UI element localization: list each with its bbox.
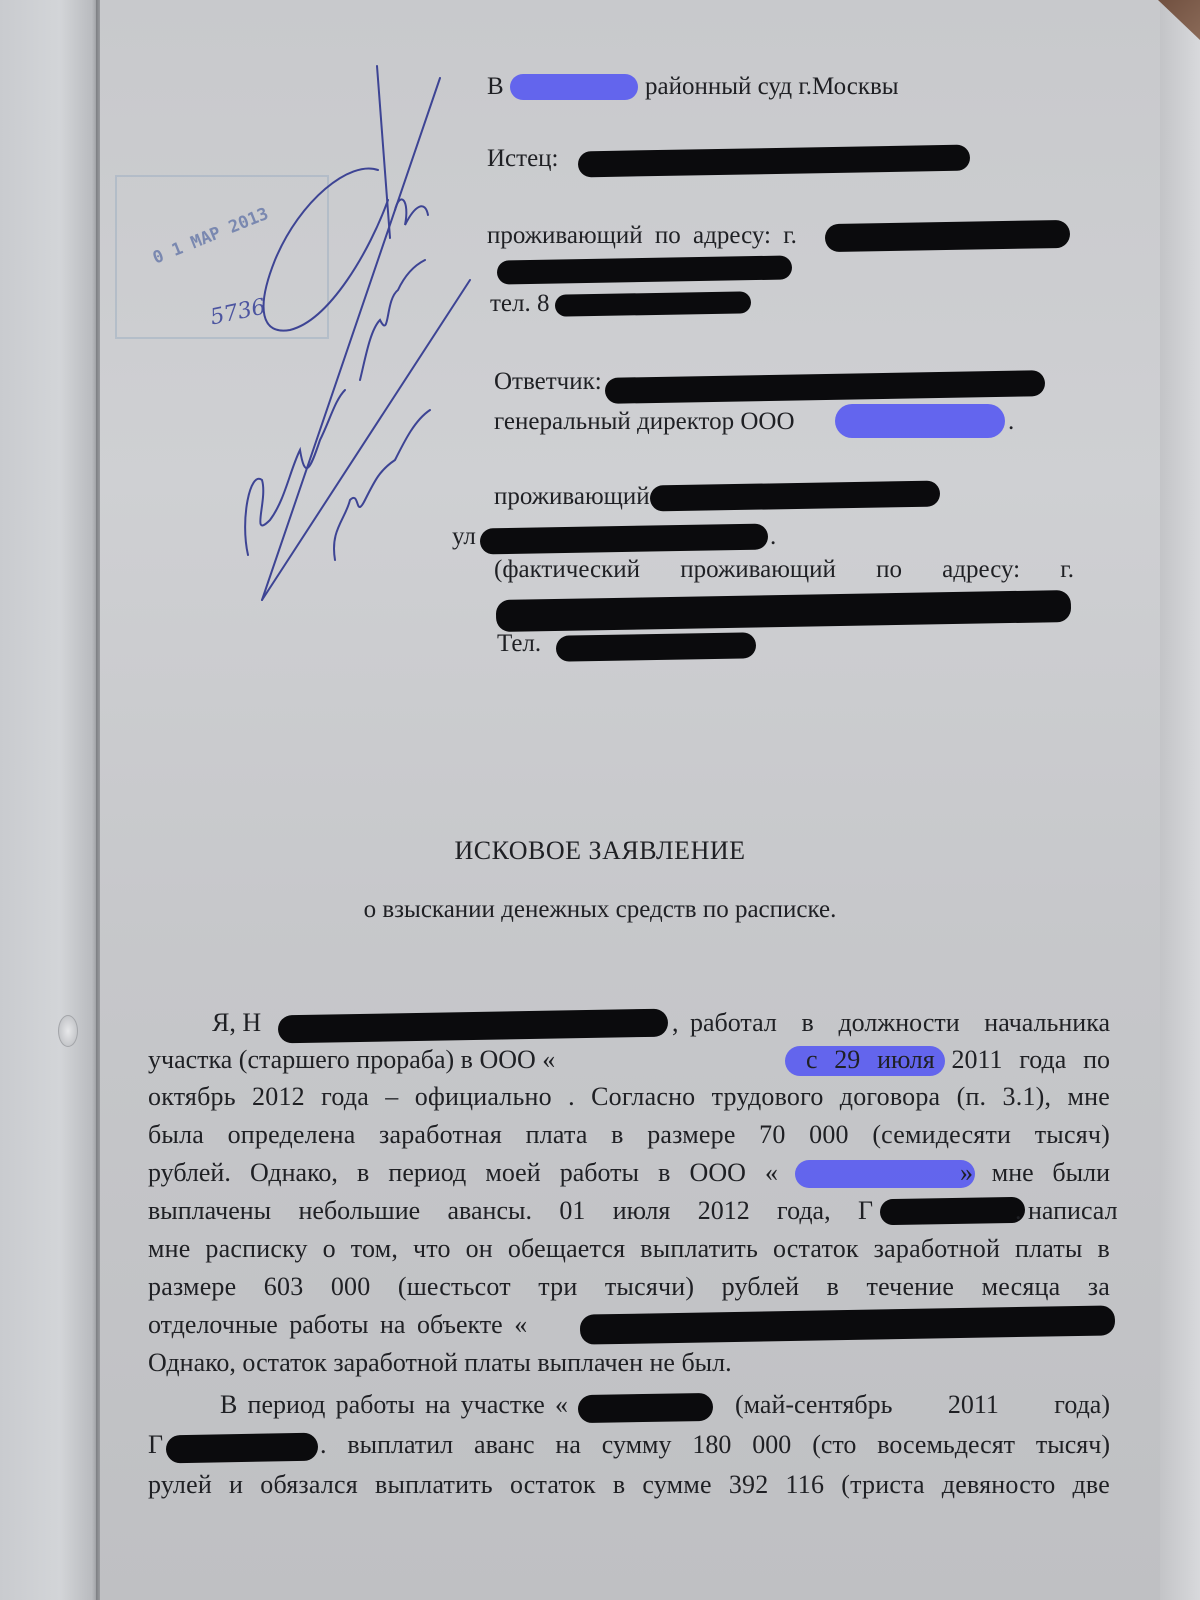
body-first-comma: , <box>672 1008 679 1038</box>
court-name: районный суд г.Москвы <box>645 73 899 101</box>
defendant-street-end: . <box>770 523 776 551</box>
body-line-6b: . написал <box>1015 1196 1110 1226</box>
body-line-8: размере 603 000 (шестьсот три тысячи) ру… <box>148 1272 1110 1302</box>
redaction-plaintiff-address-2 <box>497 255 792 284</box>
body-line-4: была определена заработная плата в разме… <box>148 1120 1110 1150</box>
redaction-plaintiff-phone <box>555 291 751 316</box>
document-subtitle: о взыскании денежных средств по расписке… <box>0 896 1200 924</box>
body-line-1: работал в должности начальника <box>690 1008 1110 1038</box>
body-line-2a: участка (старшего прораба) в ООО « <box>148 1045 555 1075</box>
plaintiff-address-label: проживающий по адресу: г. <box>487 222 797 250</box>
redaction-court-name <box>510 74 638 100</box>
body-line-13: рулей и обязался выплатить остаток в сум… <box>148 1470 1110 1500</box>
body-first-prefix: Я, Н <box>212 1008 261 1038</box>
defendant-phone-label: Тел. <box>497 630 541 658</box>
redaction-defendant-street <box>480 523 768 554</box>
body-line-5b: » мне были <box>960 1158 1110 1188</box>
body-line-12a: Г <box>148 1430 163 1460</box>
body-line-11b: (май-сентябрь 2011 года) <box>735 1390 1110 1420</box>
body-line-11a: В период работы на участке « <box>220 1390 568 1420</box>
defendant-actual-address: (фактический проживающий по адресу: г. <box>494 556 1074 584</box>
defendant-position-end: . <box>1008 408 1014 436</box>
redaction-defendant-phone <box>556 632 756 661</box>
body-line-9: отделочные работы на объекте « <box>148 1310 527 1340</box>
redaction-site-name <box>578 1393 713 1423</box>
plaintiff-phone-label: тел. 8 <box>490 290 550 318</box>
body-line-6a: выплачены небольшие авансы. 01 июля 2012… <box>148 1196 873 1226</box>
defendant-address-label: проживающий п <box>494 483 669 511</box>
redaction-plaintiff-address <box>825 220 1070 252</box>
defendant-label: Ответчик: <box>494 368 602 396</box>
document-title: ИСКОВОЕ ЗАЯВЛЕНИЕ <box>0 836 1200 866</box>
redaction-company-name-3 <box>795 1160 975 1188</box>
plaintiff-label: Истец: <box>487 145 559 173</box>
redaction-defendant-address <box>650 480 940 511</box>
defendant-position: генеральный директор ООО <box>494 408 795 436</box>
body-line-3: октябрь 2012 года – официально . Согласн… <box>148 1082 1110 1112</box>
redaction-company-name <box>835 404 1005 438</box>
body-line-5a: рублей. Однако, в период моей работы в О… <box>148 1158 778 1188</box>
redaction-defendant-short <box>880 1197 1025 1226</box>
redaction-defendant-short-2 <box>166 1433 318 1464</box>
body-line-2b: с 29 июля 2011 года по <box>806 1045 1110 1075</box>
body-line-12b: . выплатил аванс на сумму 180 000 (сто в… <box>320 1430 1110 1460</box>
defendant-street-prefix: ул <box>452 523 476 551</box>
body-line-10: Однако, остаток заработной платы выплаче… <box>148 1348 732 1378</box>
court-prefix: В <box>487 73 504 101</box>
body-line-7: мне расписку о том, что он обещается вып… <box>148 1234 1110 1264</box>
